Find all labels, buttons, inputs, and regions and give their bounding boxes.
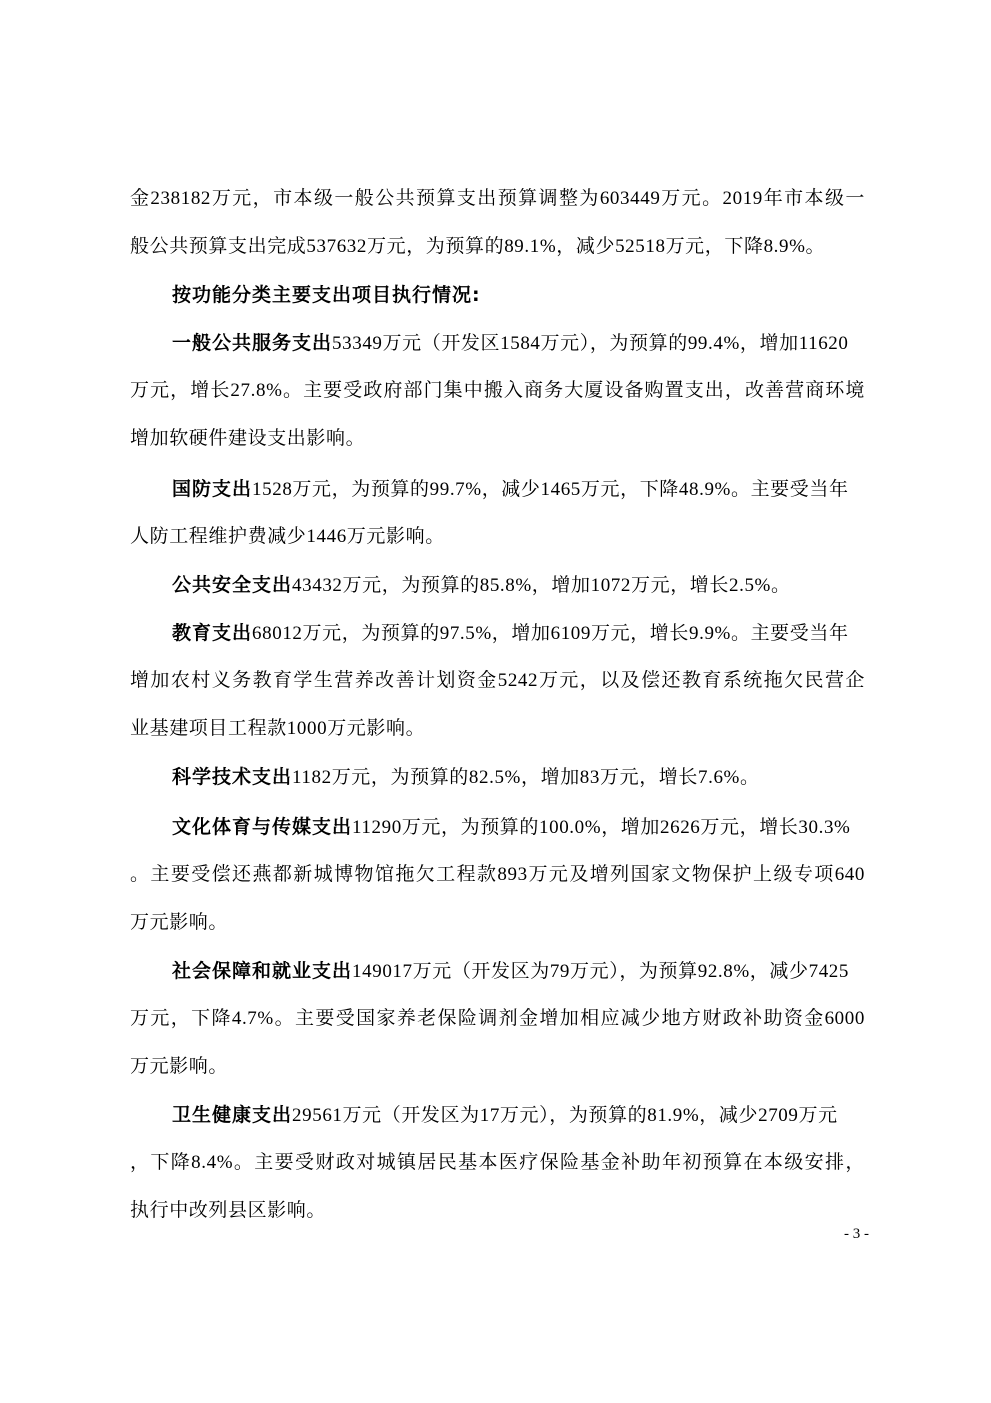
item-text: 11290万元，为预算的100.0%，增加2626万元，增长30.3% [352,817,850,838]
item-public-security: 公共安全支出43432万元，为预算的85.8%，增加1072万元，增长2.5%。 [172,572,865,599]
page-number: - 3 - [844,1226,869,1243]
item-title: 卫生健康支出 [172,1104,292,1126]
document-page: 金238182万元，市本级一般公共预算支出预算调整为603449万元。2019年… [0,0,991,1403]
item-continuation: 增加农村义务教育学生营养改善计划资金5242万元，以及偿还教育系统拖欠民营企 [130,668,865,694]
item-continuation: 人防工程维护费减少1446万元影响。 [130,524,865,550]
item-continuation: 万元影响。 [130,910,865,936]
intro-line-1: 金238182万元，市本级一般公共预算支出预算调整为603449万元。2019年… [130,186,865,212]
item-continuation: 万元影响。 [130,1054,865,1080]
item-text: 53349万元（开发区1584万元），为预算的99.4%，增加11620 [332,333,848,354]
item-education: 教育支出68012万元，为预算的97.5%，增加6109万元，增长9.9%。主要… [172,620,865,647]
item-continuation: ，下降8.4%。主要受财政对城镇居民基本医疗保险基金补助年初预算在本级安排， [130,1150,865,1176]
item-science-technology: 科学技术支出1182万元，为预算的82.5%，增加83万元，增长7.6%。 [172,764,865,791]
item-national-defense: 国防支出1528万元，为预算的99.7%，减少1465万元，下降48.9%。主要… [172,476,865,503]
item-text: 1528万元，为预算的99.7%，减少1465万元，下降48.9%。主要受当年 [252,479,849,500]
item-text: 43432万元，为预算的85.8%，增加1072万元，增长2.5%。 [292,575,791,596]
item-text: 1182万元，为预算的82.5%，增加83万元，增长7.6%。 [292,767,760,788]
item-title: 教育支出 [172,622,252,644]
item-title: 一般公共服务支出 [172,332,332,354]
section-heading: 按功能分类主要支出项目执行情况: [172,282,865,308]
item-social-security-employment: 社会保障和就业支出149017万元（开发区为79万元），为预算92.8%，减少7… [172,958,865,985]
item-text: 68012万元，为预算的97.5%，增加6109万元，增长9.9%。主要受当年 [252,623,849,644]
item-title: 公共安全支出 [172,574,292,596]
item-continuation: 执行中改列县区影响。 [130,1198,865,1224]
item-title: 社会保障和就业支出 [172,960,352,982]
item-culture-sports-media: 文化体育与传媒支出11290万元，为预算的100.0%，增加2626万元，增长3… [172,814,865,841]
item-title: 科学技术支出 [172,766,292,788]
item-continuation: 。主要受偿还燕都新城博物馆拖欠工程款893万元及增列国家文物保护上级专项640 [130,862,865,888]
item-general-public-services: 一般公共服务支出53349万元（开发区1584万元），为预算的99.4%，增加1… [172,330,865,357]
item-text: 29561万元（开发区为17万元），为预算的81.9%，减少2709万元 [292,1105,838,1126]
item-continuation: 业基建项目工程款1000万元影响。 [130,716,865,742]
item-continuation: 万元，下降4.7%。主要受国家养老保险调剂金增加相应减少地方财政补助资金6000 [130,1006,865,1032]
item-text: 149017万元（开发区为79万元），为预算92.8%，减少7425 [352,961,849,982]
item-continuation: 增加软硬件建设支出影响。 [130,426,865,452]
item-title: 文化体育与传媒支出 [172,816,352,838]
item-continuation: 万元，增长27.8%。主要受政府部门集中搬入商务大厦设备购置支出，改善营商环境 [130,378,865,404]
intro-line-2: 般公共预算支出完成537632万元，为预算的89.1%，减少52518万元，下降… [130,234,865,260]
item-title: 国防支出 [172,478,252,500]
item-health: 卫生健康支出29561万元（开发区为17万元），为预算的81.9%，减少2709… [172,1102,865,1129]
